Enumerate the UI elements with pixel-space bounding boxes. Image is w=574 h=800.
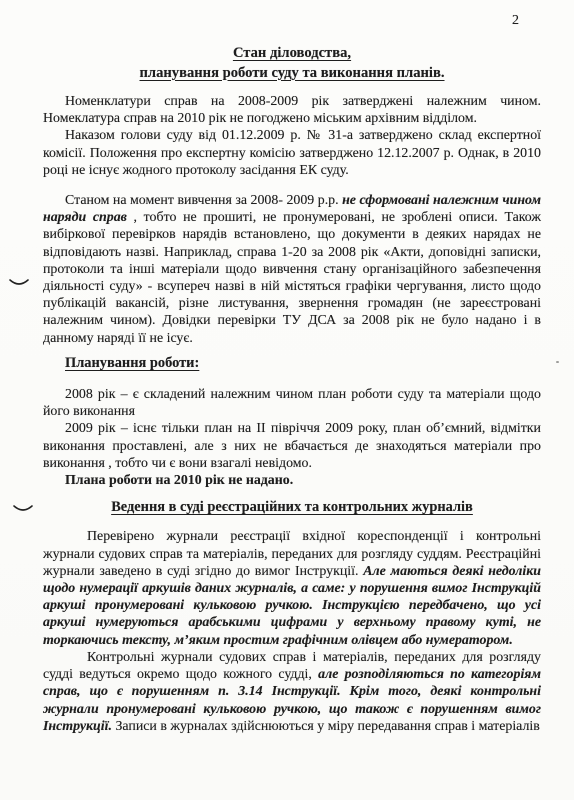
paragraph-nomenclature: Номенклатури справ на 2008-2009 рік затв…: [43, 93, 541, 127]
title-line-1: Стан діловодства,: [233, 45, 351, 61]
control-text-regular-2: Записи в журналах здійснюються у міру пе…: [112, 719, 540, 734]
paragraph-plan-2010: Плана роботи на 2010 рік не надано.: [43, 472, 541, 489]
document-page: 2 Стан діловодства, планування роботи су…: [0, 0, 574, 800]
document-content: Стан діловодства, планування роботи суду…: [43, 0, 541, 735]
paragraph-journals-control: Контрольні журнали судових справ і матер…: [43, 649, 541, 735]
paragraph-plan-2008: 2008 рік – є складений належним чином пл…: [43, 386, 541, 420]
margin-curve-mark: [8, 277, 30, 289]
paragraph-case-files: Станом на момент вивчення за 2008- 2009 …: [43, 192, 541, 347]
section-heading-journals-label: Ведення в суді реєстраційних та контроль…: [111, 499, 473, 515]
paragraph-expert-commission: Наказом голови суду від 01.12.2009 р. № …: [43, 127, 541, 179]
margin-curve-mark: [12, 503, 34, 515]
paragraph-plan-2009: 2009 рік – існє тільки план на II півріч…: [43, 420, 541, 472]
title-line-2: планування роботи суду та виконання план…: [139, 65, 444, 81]
section-heading-planning: Планування роботи:: [43, 355, 541, 372]
scan-artifact: [556, 361, 559, 363]
case-files-text-regular-2: , тобто не прошиті, не пронумеровані, не…: [43, 210, 541, 345]
document-title: Стан діловодства, планування роботи суду…: [43, 0, 541, 83]
paragraph-journals-registration: Перевірено журнали реєстрації вхідної ко…: [43, 528, 541, 648]
section-heading-journals: Ведення в суді реєстраційних та контроль…: [43, 499, 541, 516]
section-heading-planning-label: Планування роботи:: [65, 355, 199, 371]
case-files-text-regular: Станом на момент вивчення за 2008- 2009 …: [65, 193, 342, 208]
